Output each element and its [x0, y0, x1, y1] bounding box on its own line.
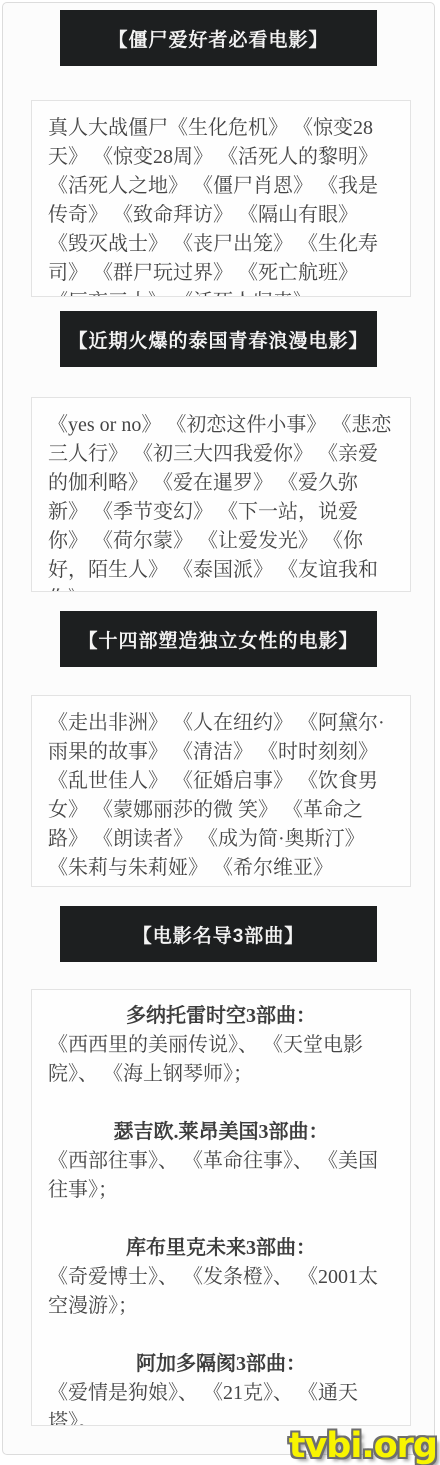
trilogy-heading: 多纳托雷时空3部曲：: [48, 1002, 394, 1031]
movie-list-zombie: 真人大战僵尸《生化危机》 《惊变28天》 《惊变28周》 《活死人的黎明》 《活…: [31, 100, 411, 297]
trilogy-list: 多纳托雷时空3部曲： 《西西里的美丽传说》、 《天堂电影院》、 《海上钢琴师》；…: [31, 989, 411, 1426]
trilogy-group-inarritu: 阿加多隔阂3部曲： 《爱情是狗娘》、 《21克》、 《通天塔》。: [48, 1350, 394, 1426]
trilogy-films: 《西西里的美丽传说》、 《天堂电影院》、 《海上钢琴师》；: [48, 1031, 394, 1089]
movie-list-independent-women: 《走出非洲》 《人在纽约》 《阿黛尔·雨果的故事》 《清洁》 《时时刻刻》 《乱…: [31, 695, 411, 887]
section-header-zombie-movies: 【僵尸爱好者必看电影】: [60, 10, 377, 66]
trilogy-heading: 瑟吉欧.莱昂美国3部曲：: [48, 1118, 394, 1147]
article-page: 【僵尸爱好者必看电影】 真人大战僵尸《生化危机》 《惊变28天》 《惊变28周》…: [0, 0, 440, 1465]
trilogy-heading: 库布里克未来3部曲：: [48, 1234, 394, 1263]
movie-list-thai-romance: 《yes or no》 《初恋这件小事》 《悲恋三人行》 《初三大四我爱你》 《…: [31, 397, 411, 592]
trilogy-heading: 阿加多隔阂3部曲：: [48, 1350, 394, 1379]
trilogy-films: 《奇爱博士》、 《发条橙》、 《2001太空漫游》；: [48, 1263, 394, 1321]
trilogy-group-leone: 瑟吉欧.莱昂美国3部曲： 《西部往事》、 《革命往事》、 《美国往事》；: [48, 1118, 394, 1205]
trilogy-films: 《西部往事》、 《革命往事》、 《美国往事》；: [48, 1147, 394, 1205]
section-header-director-trilogies: 【电影名导3部曲】: [60, 906, 377, 962]
section-header-independent-women-movies: 【十四部塑造独立女性的电影】: [60, 611, 377, 667]
section-header-thai-romance-movies: 【近期火爆的泰国青春浪漫电影】: [60, 311, 377, 367]
trilogy-films: 《爱情是狗娘》、 《21克》、 《通天塔》。: [48, 1379, 394, 1426]
content-frame: 【僵尸爱好者必看电影】 真人大战僵尸《生化危机》 《惊变28天》 《惊变28周》…: [2, 2, 435, 1455]
site-watermark: tvbi.org: [289, 1426, 437, 1465]
trilogy-group-kubrick: 库布里克未来3部曲： 《奇爱博士》、 《发条橙》、 《2001太空漫游》；: [48, 1234, 394, 1321]
trilogy-group-tornatore: 多纳托雷时空3部曲： 《西西里的美丽传说》、 《天堂电影院》、 《海上钢琴师》；: [48, 1002, 394, 1089]
